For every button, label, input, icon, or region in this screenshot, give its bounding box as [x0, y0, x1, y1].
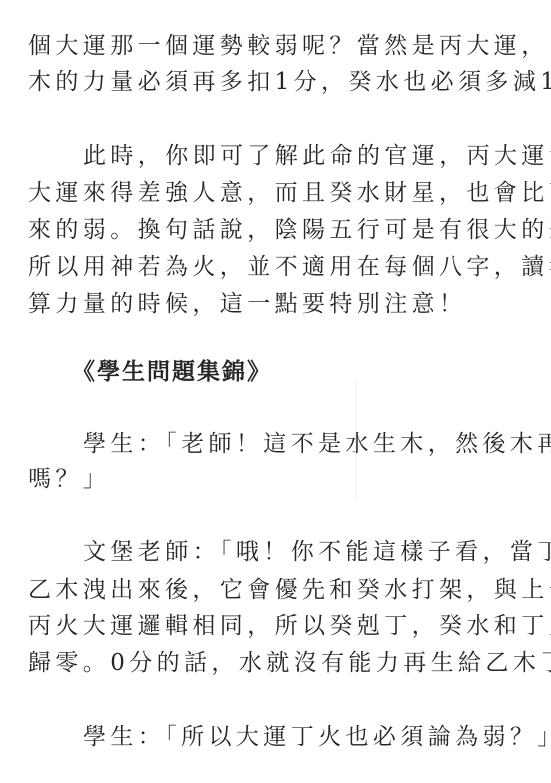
text-line: 丙火大運邏輯相同，所以癸剋丁，癸水和丁火皆會: [28, 611, 551, 641]
text-line: 文堡老師：「哦！你不能這樣子看，當丁火被: [83, 537, 551, 567]
text-line: 來的弱。換句話說，陰陽五行可是有很大的差別，: [28, 215, 551, 245]
text-line: 算力量的時候，這一點要特別注意！: [28, 289, 466, 319]
text-line: 木的力量必須再多扣1分，癸水也必須多減1分。: [28, 67, 551, 97]
text-line: 個大運那一個運勢較弱呢？當然是丙大運，因為乙: [28, 31, 551, 61]
text-line: 歸零。0分的話，水就沒有能力再生給乙木了。」: [28, 648, 551, 678]
text-line: 所以用神若為火，並不適用在每個八字，讀者在計: [28, 252, 551, 282]
text-line: 此時，你即可了解此命的官運，丙大運會比丁: [83, 141, 551, 171]
document-page: 個大運那一個運勢較弱呢？當然是丙大運，因為乙 木的力量必須再多扣1分，癸水也必須…: [0, 0, 551, 783]
scan-artifact-line: [355, 380, 356, 500]
text-line: 學生：「老師！這不是水生木，然後木再洩火: [83, 429, 551, 459]
section-heading: 《學生問題集錦》: [72, 357, 272, 387]
text-line: 學生：「所以大運丁火也必須論為弱？」: [83, 722, 551, 752]
text-line: 嗎？」: [28, 464, 110, 494]
text-line: 大運來得差強人意，而且癸水財星，也會比丁大運: [28, 178, 551, 208]
text-line: 乙木洩出來後，它會優先和癸水打架，與上一題的: [28, 575, 551, 605]
